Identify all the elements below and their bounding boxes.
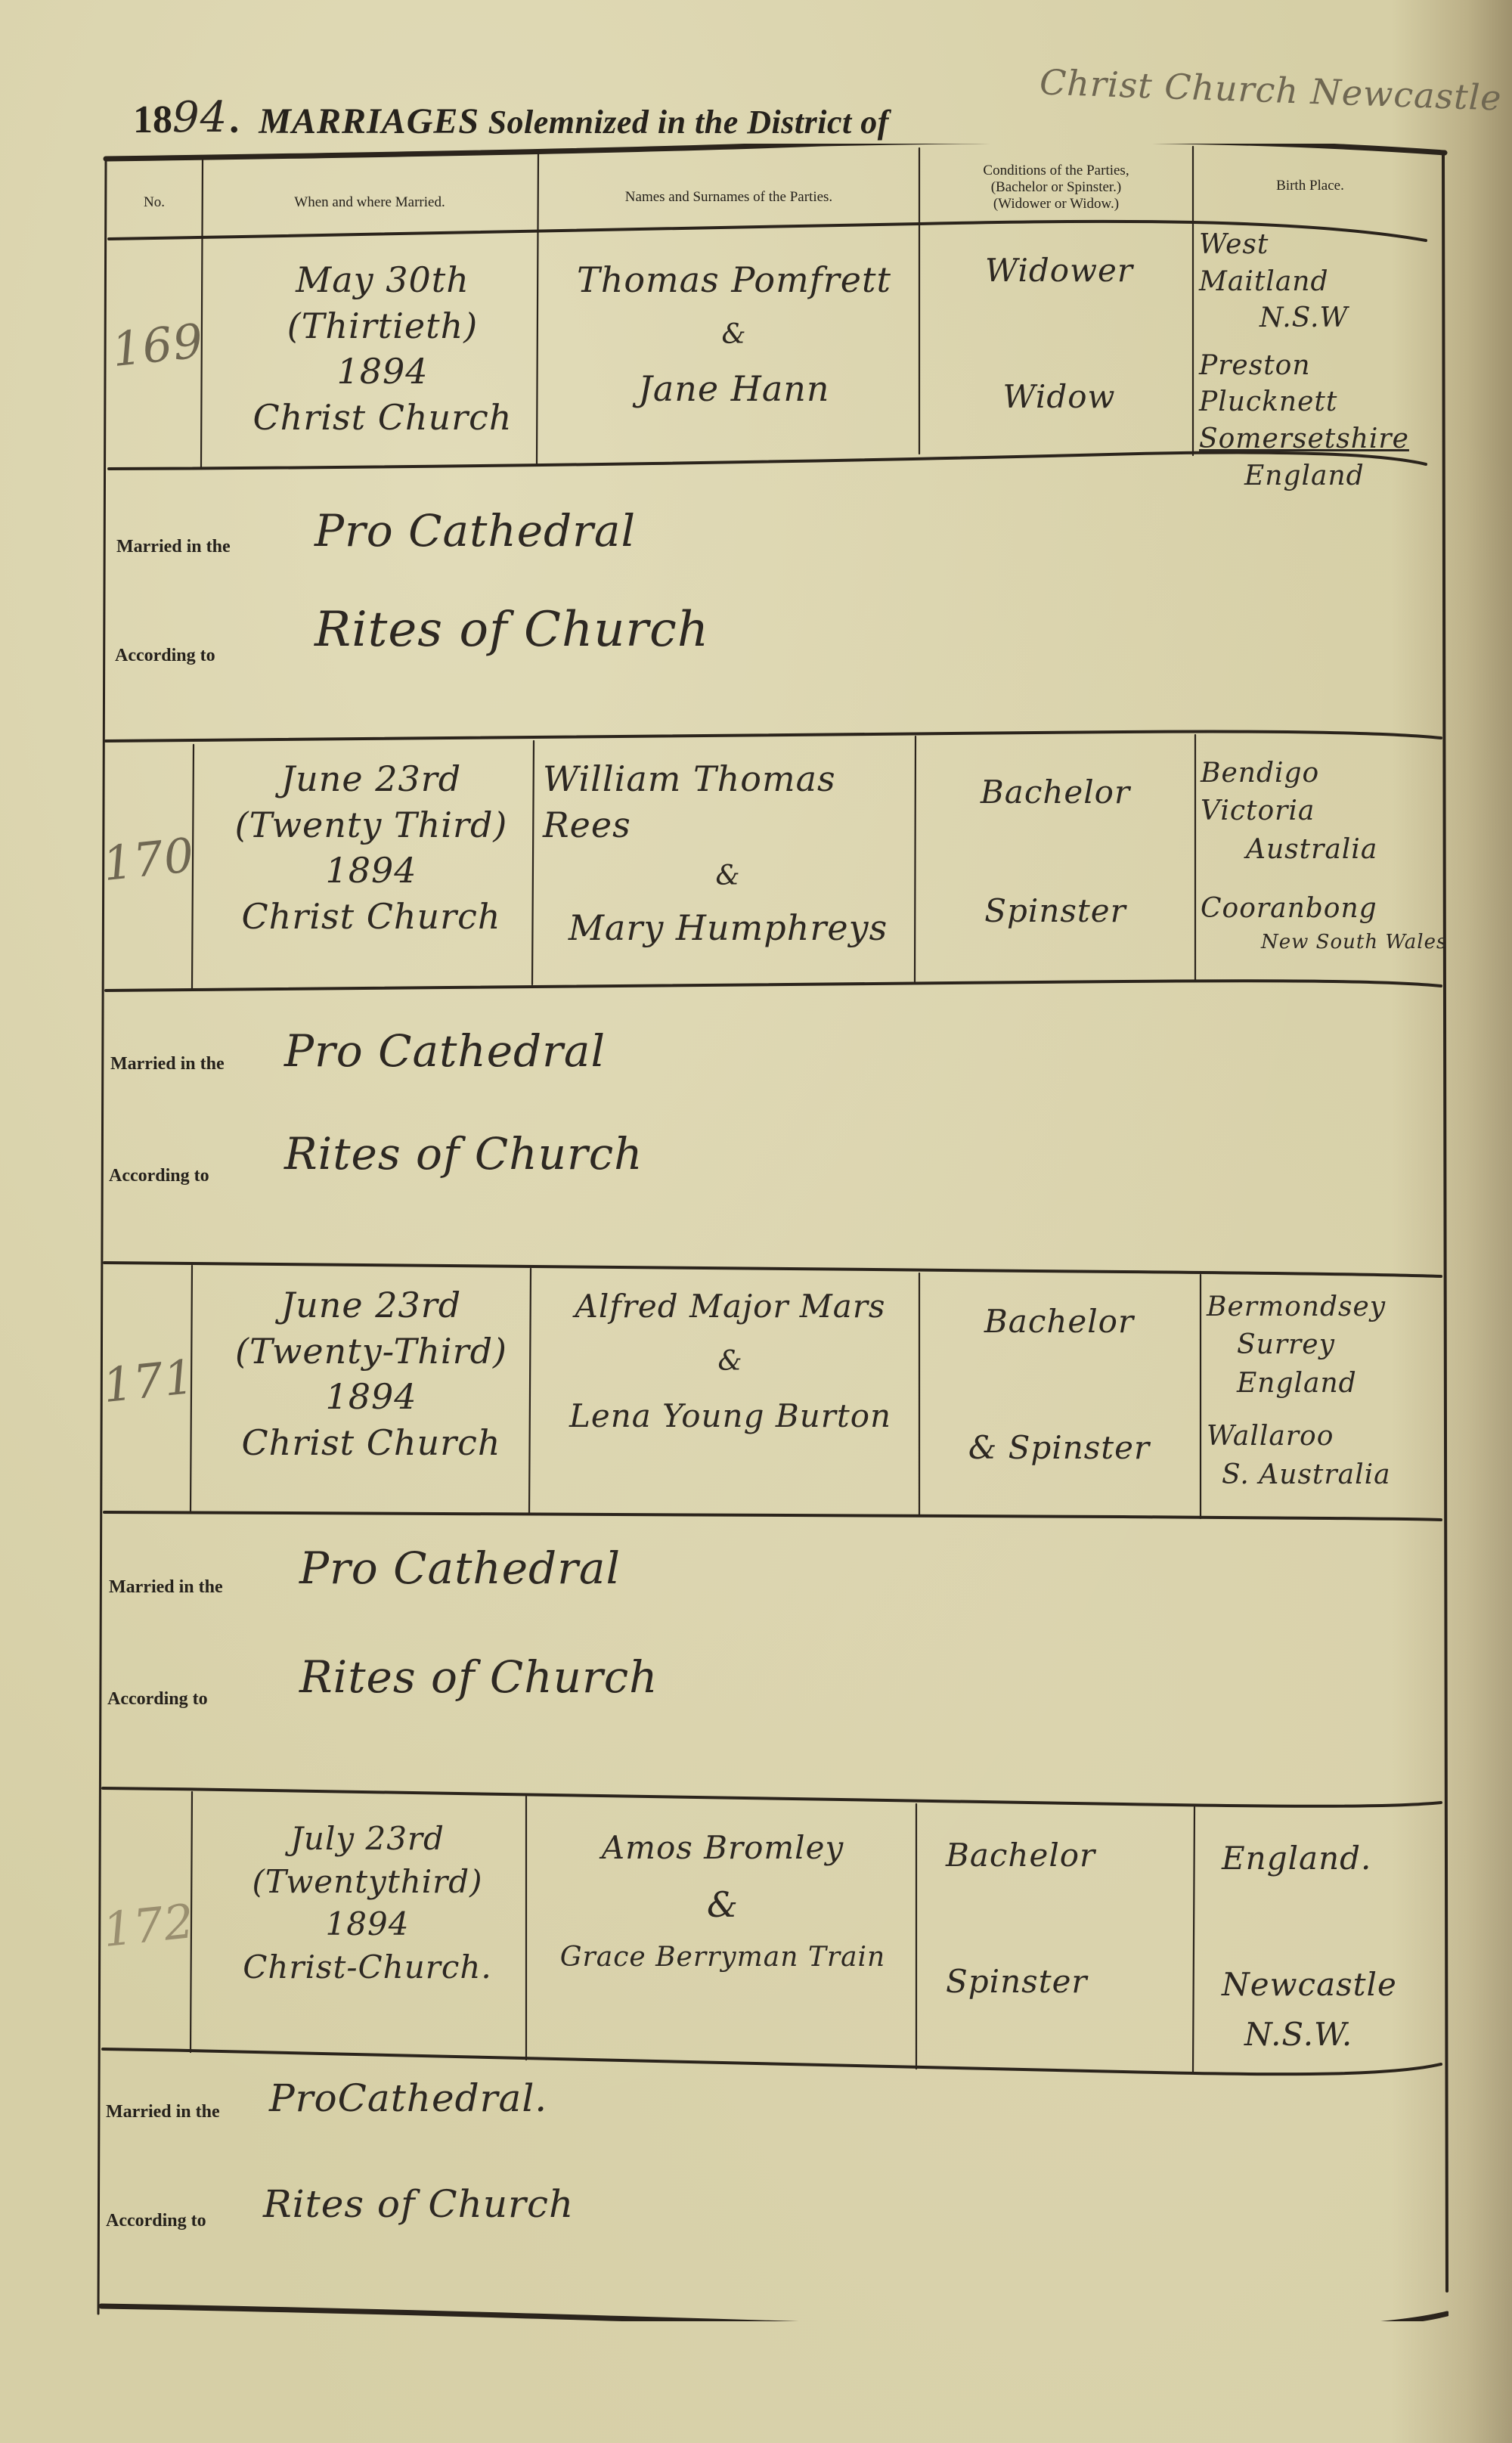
church: Christ-Church. — [243, 1946, 492, 1989]
birthplace-1-line: Victoria — [1201, 792, 1450, 830]
entry-conditions: Bachelor Spinster — [923, 1834, 1188, 2003]
title-rest: Solemnized in the District of — [488, 104, 889, 141]
column-header-names: Names and Surnames of the Parties. — [538, 163, 919, 231]
birthplace-2-line: N.S.W. — [1207, 2014, 1441, 2057]
party-1-condition: Widower — [985, 250, 1133, 293]
party-1-name: Thomas Pomfrett — [577, 257, 891, 303]
joiner: & — [715, 858, 740, 894]
party-1-condition: Bachelor — [984, 1301, 1134, 1344]
entry-names: Alfred Major Mars & Lena Young Burton — [541, 1285, 919, 1438]
according-to-label: According to — [107, 1689, 208, 1710]
party-2-condition: & Spinster — [968, 1427, 1150, 1470]
married-in-value: Pro Cathedral — [284, 1025, 606, 1077]
married-in-value: Pro Cathedral — [299, 1542, 621, 1594]
year: 1894 — [336, 349, 428, 395]
birthplace-1-line: England. — [1207, 1837, 1441, 1880]
date-words: (Twentythird) — [252, 1861, 482, 1904]
column-header-no: No. — [107, 166, 201, 239]
married-in-value: ProCathedral. — [269, 2076, 547, 2120]
birthplace-2-line: Somersetshire — [1199, 421, 1441, 458]
year-suffix: . — [229, 98, 239, 142]
entry-when-where: June 23rd (Twenty-Third) 1894 Christ Chu… — [209, 1282, 534, 1466]
church: Christ Church — [241, 1420, 500, 1466]
married-in-label: Married in the — [110, 1054, 225, 1074]
party-2-name: Jane Hann — [638, 366, 829, 412]
birthplace-1-line: Bendigo — [1201, 755, 1450, 792]
joiner: & — [707, 1882, 739, 1928]
joiner: & — [717, 1344, 742, 1381]
year: 1894 — [325, 848, 417, 894]
entry-names: Amos Bromley & Grace Berryman Train — [534, 1827, 912, 1976]
birthplace-2-line: Newcastle — [1207, 1964, 1441, 2007]
party-1-condition: Bachelor — [981, 771, 1130, 814]
birthplace-2-line: New South Wales — [1201, 929, 1450, 956]
party-2-name: Mary Humphreys — [569, 905, 888, 951]
party-1-name: Amos Bromley — [602, 1827, 844, 1870]
married-in-label: Married in the — [109, 1577, 223, 1598]
title-bold: MARRIAGES — [259, 101, 479, 141]
according-to-value: Rites of Church — [299, 1651, 658, 1703]
party-1-name: William Thomas Rees — [543, 756, 913, 848]
party-1-condition: Bachelor — [923, 1834, 1188, 1877]
according-to-value: Rites of Church — [314, 602, 709, 658]
married-in-label: Married in the — [116, 537, 231, 557]
marriage-register-table: No. When and where Married. Names and Su… — [95, 144, 1448, 2321]
joiner: & — [721, 317, 746, 353]
according-to-value: Rites of Church — [263, 2182, 574, 2226]
entry-number: 171 — [101, 1349, 197, 1413]
date-words: (Thirtieth) — [287, 303, 478, 349]
entry-conditions: Widower Widow — [927, 250, 1191, 418]
party-2-condition: Spinster — [923, 1961, 1188, 2004]
entry-when-where: June 23rd (Twenty Third) 1894 Christ Chu… — [209, 756, 534, 940]
date-words: (Twenty Third) — [235, 802, 508, 848]
birthplace-2-line: Preston — [1199, 348, 1441, 385]
date: June 23rd — [281, 756, 462, 802]
birthplace-1-line: Bermondsey — [1207, 1288, 1448, 1326]
party-2-name: Grace Berryman Train — [560, 1939, 885, 1976]
married-in-label: Married in the — [106, 2102, 220, 2122]
entry-conditions: Bachelor & Spinster — [927, 1301, 1191, 1469]
entry-number: 172 — [101, 1893, 197, 1958]
birthplace-1-line: Surrey — [1207, 1326, 1448, 1364]
entry-names: William Thomas Rees & Mary Humphreys — [543, 756, 913, 951]
according-to-label: According to — [115, 646, 215, 666]
birthplace-1-line: England — [1207, 1365, 1448, 1403]
date-words: (Twenty-Third) — [235, 1328, 507, 1375]
party-2-condition: Widow — [1003, 376, 1116, 419]
church: Christ Church — [241, 894, 500, 940]
according-to-value: Rites of Church — [284, 1128, 643, 1180]
entry-names: Thomas Pomfrett & Jane Hann — [549, 257, 919, 412]
entry-birthplaces: Bendigo Victoria Australia Cooranbong Ne… — [1201, 755, 1450, 956]
column-header-conditions: Conditions of the Parties, (Bachelor or … — [919, 148, 1193, 227]
year: 1894 — [326, 1903, 410, 1946]
column-header-birthplace: Birth Place. — [1193, 148, 1427, 224]
church: Christ Church — [253, 395, 512, 441]
date: July 23rd — [290, 1818, 445, 1861]
year-handwritten: 94 — [172, 93, 228, 142]
conditions-header-line: (Bachelor or Spinster.) — [991, 179, 1122, 196]
column-header-when-where: When and where Married. — [203, 166, 537, 239]
district-name: Christ Church Newcastle — [1039, 61, 1502, 118]
birthplace-2-line: England — [1199, 458, 1441, 495]
married-in-value: Pro Cathedral — [314, 505, 636, 556]
birthplace-2-line: Cooranbong — [1201, 890, 1450, 928]
birthplace-1-line: N.S.W — [1199, 300, 1441, 337]
birthplace-1-line: Maitland — [1199, 264, 1441, 301]
entry-birthplaces: West Maitland N.S.W Preston Plucknett So… — [1199, 227, 1441, 494]
birthplace-2-line: Wallaroo — [1207, 1418, 1448, 1456]
entry-birthplaces: England. Newcastle N.S.W. — [1207, 1837, 1441, 2057]
register-title: 18 94 . MARRIAGES Solemnized in the Dist… — [133, 82, 889, 142]
conditions-header-line: (Widower or Widow.) — [993, 196, 1119, 212]
entry-when-where: May 30th (Thirtieth) 1894 Christ Church — [224, 257, 541, 441]
birthplace-1-line: Australia — [1201, 831, 1450, 869]
according-to-label: According to — [106, 2211, 206, 2231]
birthplace-1-line: West — [1199, 227, 1441, 264]
entry-birthplaces: Bermondsey Surrey England Wallaroo S. Au… — [1207, 1288, 1448, 1494]
according-to-label: According to — [109, 1166, 209, 1186]
party-2-name: Lena Young Burton — [569, 1395, 891, 1438]
birthplace-2-line: Plucknett — [1199, 384, 1441, 421]
birthplace-2-line: S. Australia — [1207, 1456, 1448, 1494]
page-title: MARRIAGES Solemnized in the District of — [259, 101, 889, 142]
date: June 23rd — [281, 1282, 462, 1328]
year: 1894 — [325, 1374, 417, 1420]
entry-number: 170 — [101, 827, 197, 891]
date: May 30th — [296, 257, 469, 303]
entry-when-where: July 23rd (Twentythird) 1894 Christ-Chur… — [209, 1818, 526, 1989]
party-2-condition: Spinster — [984, 890, 1126, 933]
entry-number: 169 — [110, 313, 206, 377]
year-printed: 18 — [133, 98, 172, 142]
conditions-header-line: Conditions of the Parties, — [983, 163, 1129, 179]
party-1-name: Alfred Major Mars — [575, 1285, 886, 1328]
entry-conditions: Bachelor Spinster — [923, 771, 1188, 932]
